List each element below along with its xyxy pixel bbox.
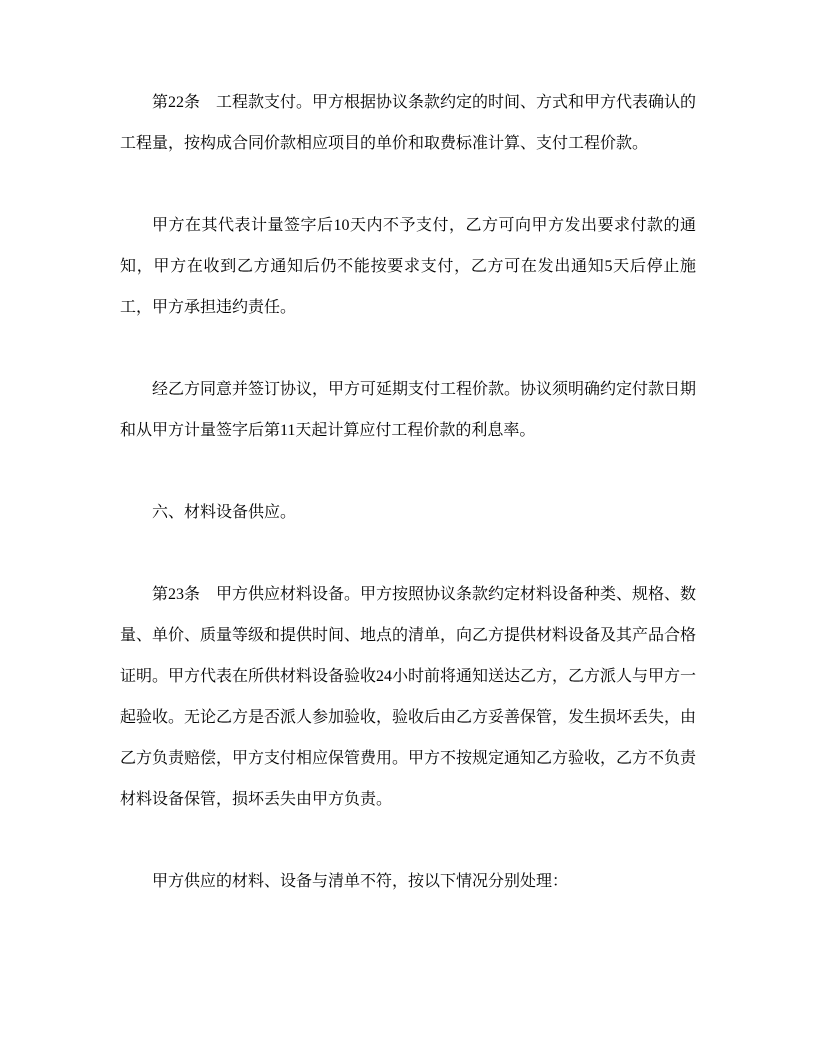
- paragraph-deferred-payment-agreement: 经乙方同意并签订协议，甲方可延期支付工程价款。协议须明确约定付款日期和从甲方计量…: [120, 369, 696, 451]
- paragraph-article-22-payment: 第22条 工程款支付。甲方根据协议条款约定的时间、方式和甲方代表确认的工程量，按…: [120, 82, 696, 164]
- paragraph-supply-list-mismatch: 甲方供应的材料、设备与清单不符，按以下情况分别处理：: [120, 861, 696, 902]
- section-heading-materials-supply: 六、材料设备供应。: [120, 492, 696, 533]
- paragraph-article-23-materials-supply: 第23条 甲方供应材料设备。甲方按照协议条款约定材料设备种类、规格、数量、单价、…: [120, 574, 696, 820]
- paragraph-payment-overdue-notice: 甲方在其代表计量签字后10天内不予支付，乙方可向甲方发出要求付款的通知，甲方在收…: [120, 205, 696, 328]
- document-page: 第22条 工程款支付。甲方根据协议条款约定的时间、方式和甲方代表确认的工程量，按…: [0, 0, 816, 1056]
